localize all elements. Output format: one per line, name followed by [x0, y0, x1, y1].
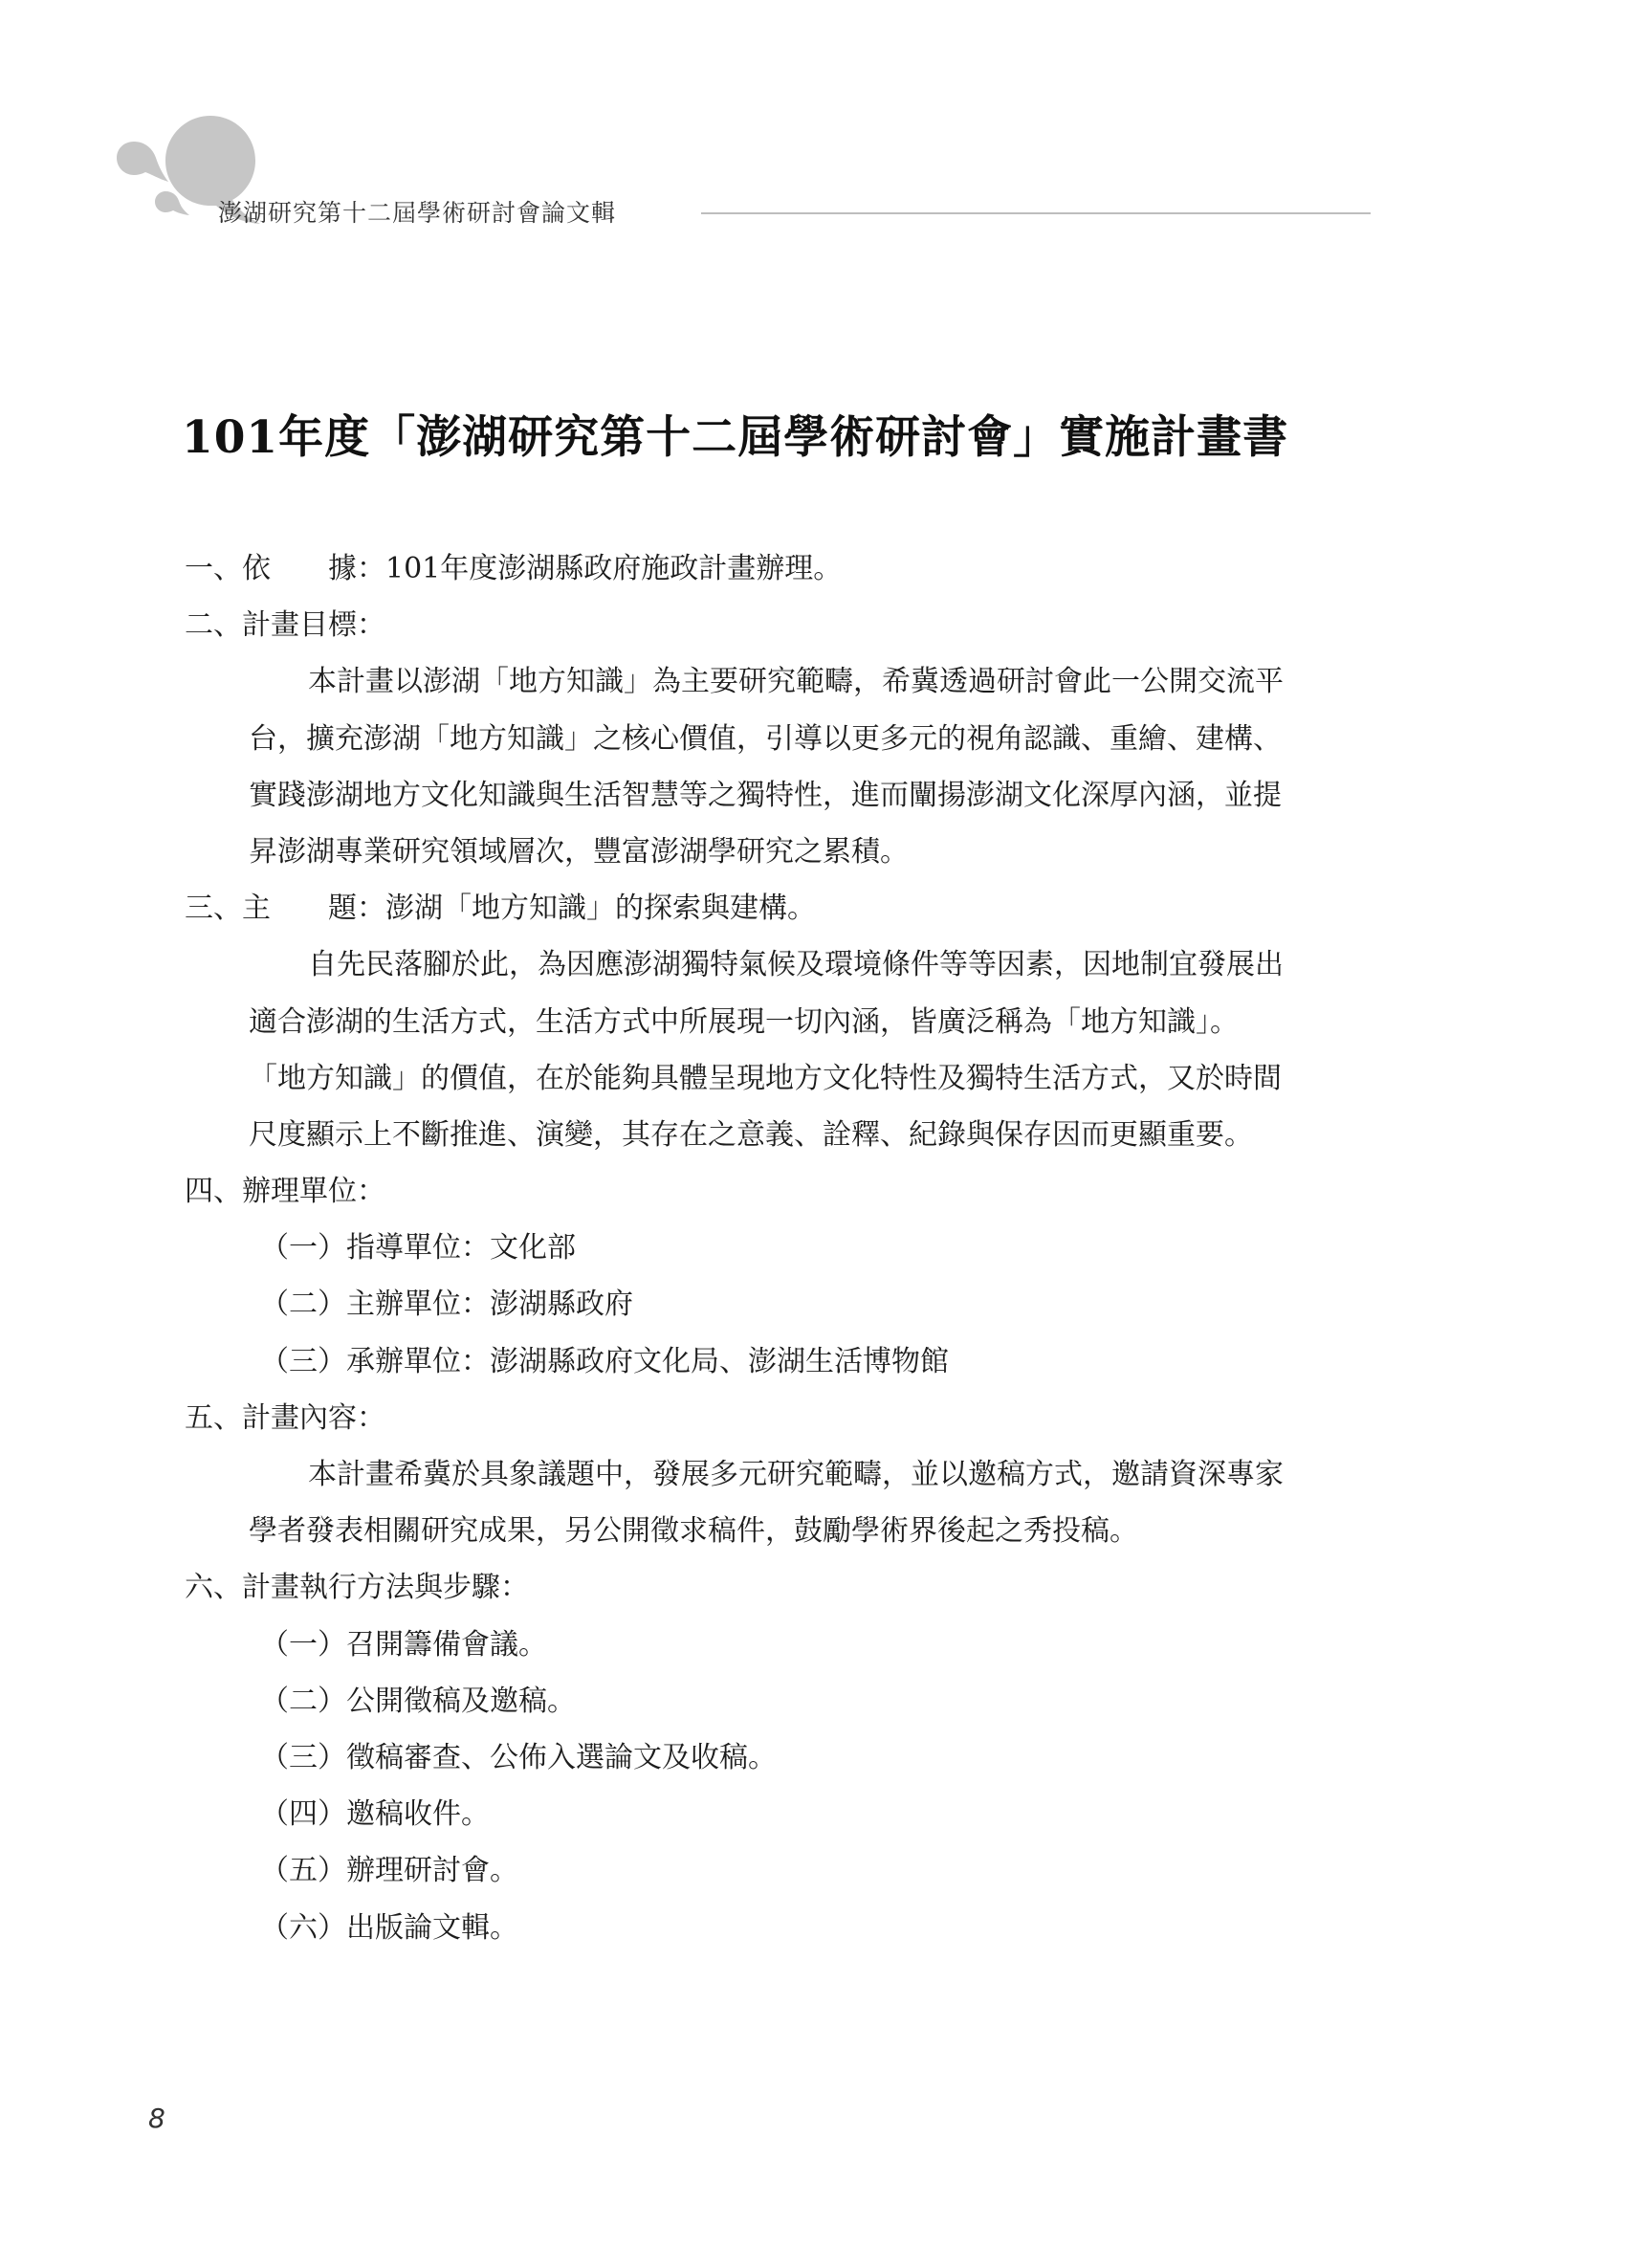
- paragraph-line: 自先民落腳於此，為因應澎湖獨特氣候及環境條件等等因素，因地制宜發展出: [185, 936, 1380, 993]
- list-item: （三）徵稿審查、公佈入選論文及收稿。: [185, 1729, 1380, 1786]
- list-item: （六）出版論文輯。: [185, 1900, 1380, 1956]
- header-rule-divider: [701, 212, 1371, 214]
- paragraph-line: 台，擴充澎湖「地方知識」之核心價值，引導以更多元的視角認識、重繪、建構、: [185, 711, 1380, 767]
- list-item: （一）指導單位：文化部: [185, 1220, 1380, 1276]
- list-item: （二）主辦單位：澎湖縣政府: [185, 1276, 1380, 1332]
- document-body: 一、依 據：101年度澎湖縣政府施政計畫辦理。 二、計畫目標： 本計畫以澎湖「地…: [185, 540, 1380, 1956]
- paragraph-line: 「地方知識」的價值，在於能夠具體呈現地方文化特性及獨特生活方式，又於時間: [185, 1050, 1380, 1107]
- section-heading-organizers: 四、辦理單位：: [185, 1163, 1380, 1220]
- paragraph-line: 適合澎湖的生活方式，生活方式中所展現一切內涵，皆廣泛稱為「地方知識」。: [185, 994, 1380, 1050]
- list-item: （五）辦理研討會。: [185, 1842, 1380, 1899]
- list-item: （一）召開籌備會議。: [185, 1617, 1380, 1673]
- list-item: （三）承辦單位：澎湖縣政府文化局、澎湖生活博物館: [185, 1333, 1380, 1390]
- section-heading-basis: 一、依 據：101年度澎湖縣政府施政計畫辦理。: [185, 540, 1380, 597]
- document-page: 澎湖研究第十二屆學術研討會論文輯 101年度「澎湖研究第十二屆學術研討會」實施計…: [0, 0, 1626, 2268]
- document-title: 101年度「澎湖研究第十二屆學術研討會」實施計畫書: [182, 402, 1288, 466]
- list-item: （四）邀稿收件。: [185, 1786, 1380, 1842]
- paragraph-line: 昇澎湖專業研究領域層次，豐富澎湖學研究之累積。: [185, 824, 1380, 880]
- section-heading-content: 五、計畫內容：: [185, 1390, 1380, 1446]
- page-number: 8: [148, 2103, 165, 2134]
- section-heading-objectives: 二、計畫目標：: [185, 597, 1380, 653]
- running-header-title: 澎湖研究第十二屆學術研討會論文輯: [218, 194, 616, 229]
- paragraph-line: 實踐澎湖地方文化知識與生活智慧等之獨特性，進而闡揚澎湖文化深厚內涵，並提: [185, 767, 1380, 824]
- paragraph-line: 本計畫希冀於具象議題中，發展多元研究範疇，並以邀稿方式，邀請資深專家: [185, 1446, 1380, 1503]
- section-heading-theme: 三、主 題：澎湖「地方知識」的探索與建構。: [185, 880, 1380, 936]
- paragraph-line: 學者發表相關研究成果，另公開徵求稿件，鼓勵學術界後起之秀投稿。: [185, 1503, 1380, 1559]
- paragraph-line: 尺度顯示上不斷推進、演變，其存在之意義、詮釋、紀錄與保存因而更顯重要。: [185, 1107, 1380, 1163]
- section-heading-methods: 六、計畫執行方法與步驟：: [185, 1559, 1380, 1616]
- paragraph-line: 本計畫以澎湖「地方知識」為主要研究範疇，希冀透過研討會此一公開交流平: [185, 653, 1380, 710]
- list-item: （二）公開徵稿及邀稿。: [185, 1673, 1380, 1729]
